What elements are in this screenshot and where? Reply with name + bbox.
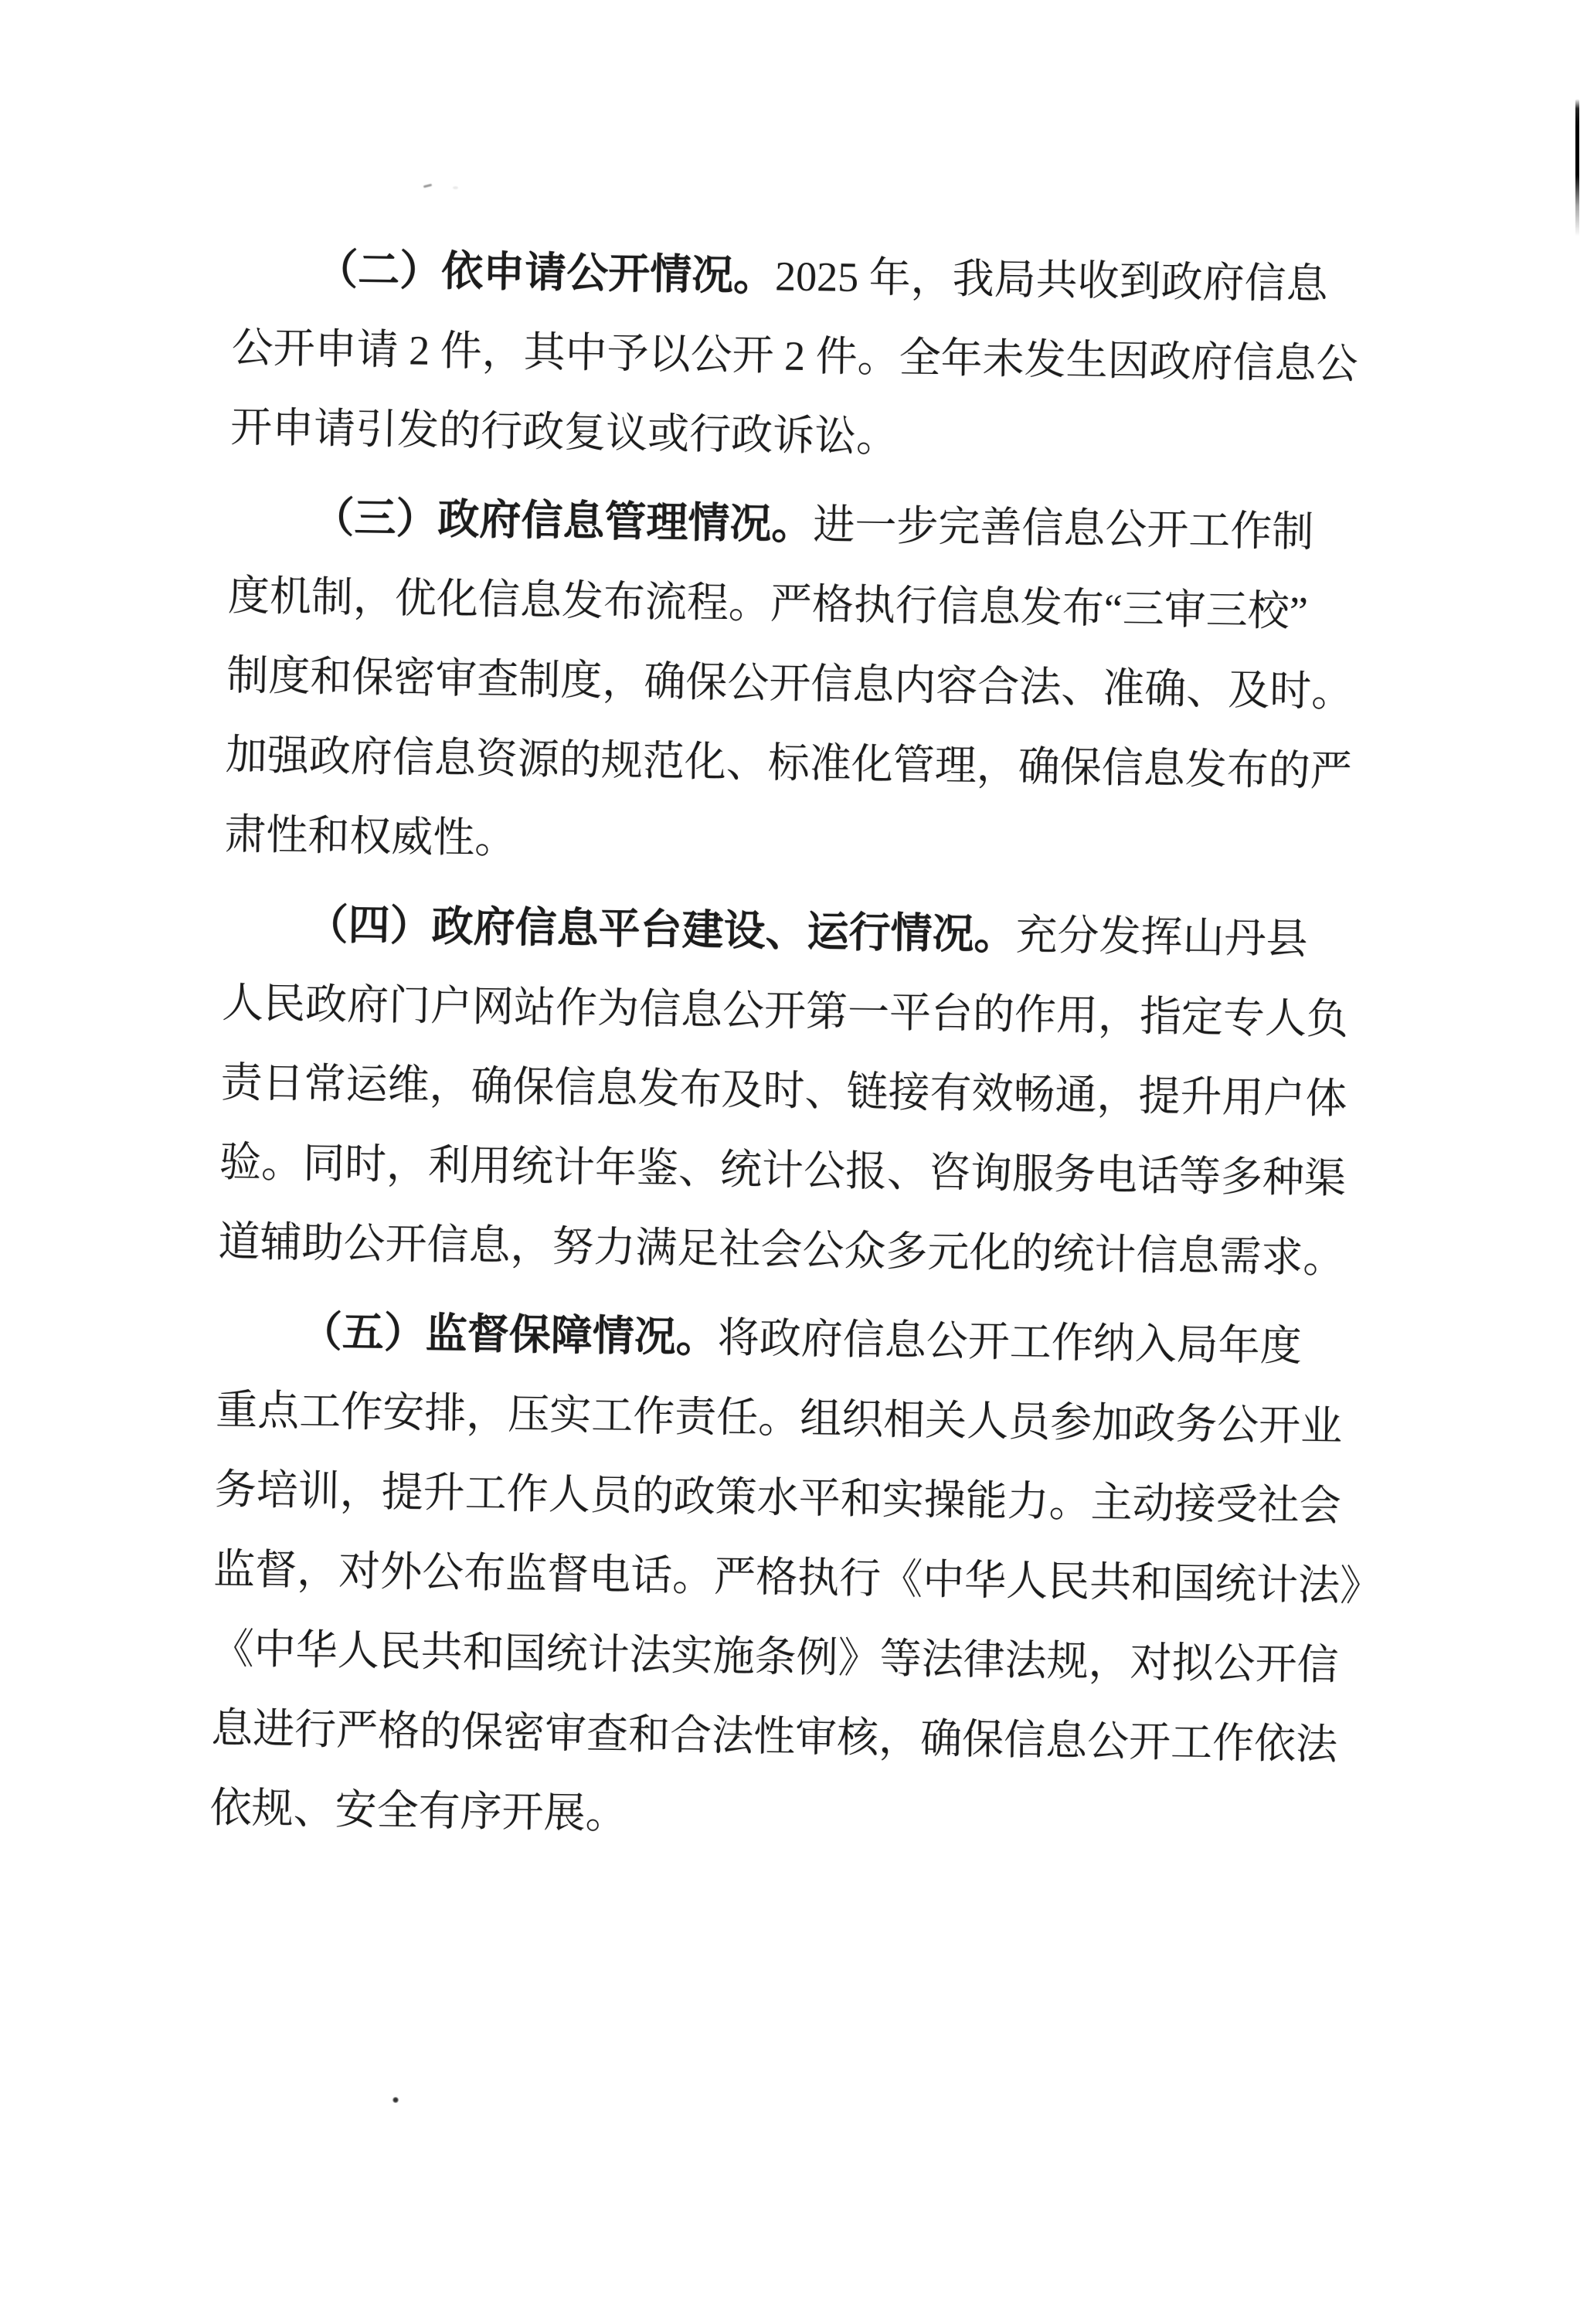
line-text: 进一步完善信息公开工作制: [813, 501, 1314, 556]
paragraph-heading: （四）政府信息平台建设、运行情况。: [306, 902, 1016, 959]
paragraph-heading: （三）政府信息管理情况。: [312, 494, 814, 549]
line-text: 充分发挥山丹县: [1015, 912, 1308, 963]
text-line: 开申请引发的行政复议或行政诉讼。: [229, 388, 1366, 484]
paragraph-2: （二）依申请公开情况。2025 年，我局共收到政府信息 公开申请 2 件，其中予…: [229, 229, 1368, 484]
text-line: 道辅助公开信息，努力满足社会公众多元化的统计信息需求。: [218, 1202, 1354, 1299]
text-line: 依规、安全有序开展。: [209, 1768, 1346, 1865]
paragraph-heading: （五）监督保障情况。: [300, 1308, 718, 1361]
ink-speck: [453, 186, 458, 189]
ink-dot: [393, 2097, 399, 2103]
paragraph-3: （三）政府信息管理情况。进一步完善信息公开工作制 度机制，优化信息发布流程。严格…: [224, 477, 1365, 892]
paragraph-5: （五）监督保障情况。将政府信息公开工作纳入局年度 重点工作安排，压实工作责任。组…: [209, 1291, 1354, 1865]
paragraph-heading: （二）依申请公开情况。: [316, 246, 776, 300]
text-line: 肃性和权威性。: [224, 795, 1361, 892]
paragraph-4: （四）政府信息平台建设、运行情况。充分发挥山丹县 人民政府门户网站作为信息公开第…: [218, 884, 1359, 1299]
scan-edge-mark: [1575, 99, 1579, 236]
line-text: 2025 年，我局共收到政府信息: [775, 253, 1328, 307]
document-text-block: （二）依申请公开情况。2025 年，我局共收到政府信息 公开申请 2 件，其中予…: [209, 229, 1369, 1865]
ink-speck: [423, 184, 432, 189]
scanned-document-page: （二）依申请公开情况。2025 年，我局共收到政府信息 公开申请 2 件，其中予…: [0, 0, 1587, 2324]
line-text: 将政府信息公开工作纳入局年度: [717, 1314, 1302, 1369]
